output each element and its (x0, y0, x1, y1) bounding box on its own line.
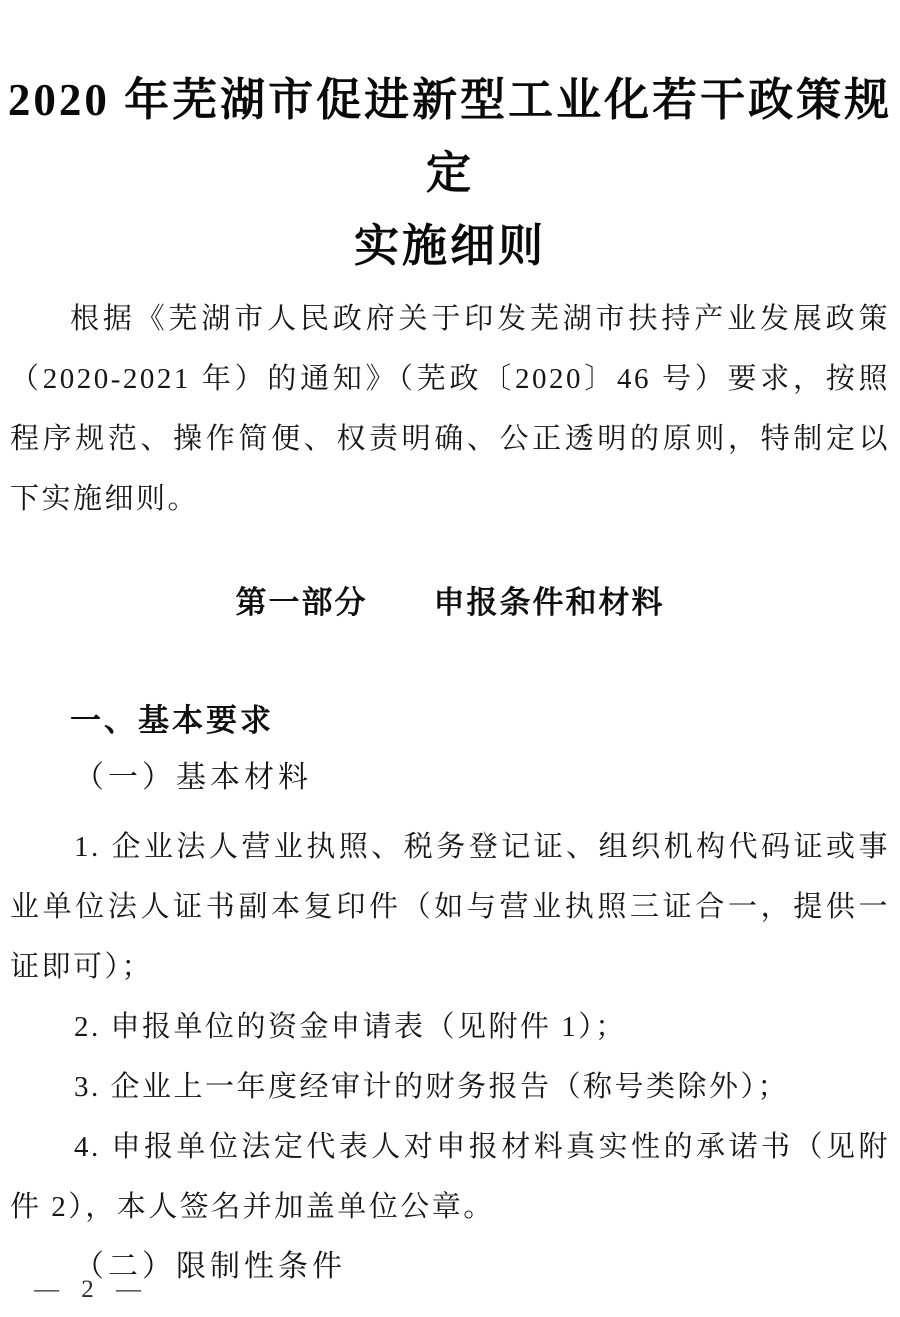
numbered-item-list: 1. 企业法人营业执照、税务登记证、组织机构代码证或事业单位法人证书副本复印件（… (10, 817, 890, 1297)
document-title-line2: 实施细则 (0, 210, 900, 283)
list-item-2: 2. 申报单位的资金申请表（见附件 1）； (10, 997, 890, 1057)
list-item-4: 4. 申报单位法定代表人对申报材料真实性的承诺书（见附件 2），本人签名并加盖单… (10, 1117, 890, 1237)
section-heading-basic-requirements: 一、基本要求 (70, 700, 274, 742)
page-number: — 2 — (34, 1276, 149, 1304)
part-heading: 第一部分 申报条件和材料 (0, 579, 900, 627)
subsection-heading-basic-materials: （一）基本材料 (74, 757, 312, 799)
intro-paragraph: 根据《芜湖市人民政府关于印发芜湖市扶持产业发展政策（2020-2021 年）的通… (10, 289, 890, 529)
list-item-3: 3. 企业上一年度经审计的财务报告（称号类除外）； (10, 1057, 890, 1117)
document-title: 2020 年芜湖市促进新型工业化若干政策规定 实施细则 (0, 64, 900, 283)
list-item-1: 1. 企业法人营业执照、税务登记证、组织机构代码证或事业单位法人证书副本复印件（… (10, 817, 890, 997)
document-title-line1: 2020 年芜湖市促进新型工业化若干政策规定 (0, 64, 900, 210)
document-page: 2020 年芜湖市促进新型工业化若干政策规定 实施细则 根据《芜湖市人民政府关于… (0, 0, 900, 1317)
